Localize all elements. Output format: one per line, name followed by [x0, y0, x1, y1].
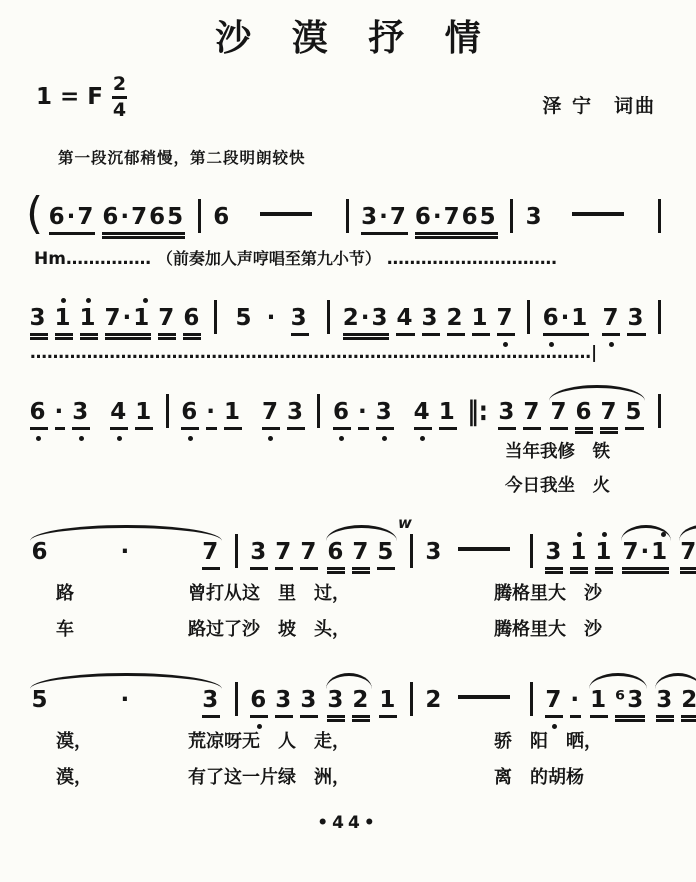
slur-group: 7675: [547, 401, 647, 430]
note: 1: [80, 307, 98, 336]
note: 3: [291, 307, 309, 336]
lyric-line: 今日我坐 火: [505, 469, 696, 503]
lyric-text: 路过了沙 坡 头，: [188, 615, 350, 641]
tempo-note: 第一段沉郁稍慢，第二段明朗较快: [58, 146, 696, 168]
note: 5: [625, 401, 643, 430]
note: ·: [358, 401, 369, 430]
note: 3: [202, 689, 220, 718]
lyrics-block-2: 路 曾打从这 里 过， 腾格里大 沙 车 路过了沙 坡 头， 腾格里大 沙: [0, 579, 696, 651]
hum-annotation: （前奏加人声哼唱至第九小节）: [157, 249, 381, 268]
credit: 泽 宁 词曲: [542, 91, 656, 118]
lyric-text: 腾格里大 沙: [494, 579, 602, 605]
barline: [214, 300, 217, 334]
note: ·: [55, 401, 66, 430]
barline: [530, 682, 533, 716]
note: 7: [523, 401, 541, 430]
hum-trail-dots: …………………………: [387, 249, 557, 269]
note: 2: [425, 689, 443, 712]
note: 3: [627, 307, 645, 336]
note: 2: [352, 689, 370, 718]
hum-prefix: Hm: [34, 249, 66, 269]
note: 6: [250, 689, 268, 718]
note: 1: [590, 689, 608, 718]
note: 6: [181, 401, 199, 430]
note: 2·3: [343, 307, 390, 336]
note: 7: [545, 689, 563, 718]
note: 5: [377, 541, 395, 570]
note: 3: [327, 689, 345, 718]
intro-paren: (: [26, 188, 43, 239]
score-page: 沙 漠 抒 情 1 = F 2 4 泽 宁 词曲 第一段沉郁稍慢，第二段明朗较快…: [0, 0, 696, 882]
lyric-text: 骄 阳 晒，: [494, 727, 602, 753]
key-signature-text: 1 = F: [36, 84, 103, 110]
lyric-row: 车 路过了沙 坡 头， 腾格里大 沙: [0, 615, 696, 651]
key-signature: 1 = F 2 4: [36, 75, 127, 120]
note: 6: [333, 401, 351, 430]
lyric-row: 漠， 荒凉呀无 人 走， 骄 阳 晒，: [0, 727, 696, 763]
held-note-dash: [458, 547, 510, 551]
note: 7: [158, 307, 176, 336]
note: 3: [422, 307, 440, 336]
note: 7: [602, 307, 620, 336]
note: 4: [414, 401, 432, 430]
note: 7: [202, 541, 220, 570]
note: 2: [447, 307, 465, 336]
note: 4: [110, 401, 128, 430]
note: 1: [224, 401, 242, 430]
note: 6: [213, 206, 231, 229]
hum-line: Hm…………… （前奏加人声哼唱至第九小节） …………………………: [34, 246, 696, 269]
barline: [410, 682, 413, 716]
note: 3: [545, 541, 563, 570]
note: 7: [600, 401, 618, 430]
lyric-text: 路: [56, 579, 74, 605]
repeat-sign: ‖:: [467, 397, 488, 427]
music-line-5: 5·363332127·1⁶3320: [26, 657, 670, 717]
note: 4: [396, 307, 414, 336]
note: 7: [262, 401, 280, 430]
barline: [530, 534, 533, 568]
slur-group: 7·1: [619, 541, 673, 570]
note: ·: [206, 401, 217, 430]
note: 7: [300, 541, 318, 570]
note: 1: [472, 307, 490, 336]
lyric-row: 路 曾打从这 里 过， 腾格里大 沙: [0, 579, 696, 615]
music-line-1: (6·76·76563·76·7653: [26, 174, 670, 234]
note: 7·1: [105, 307, 152, 336]
note: 7: [680, 541, 696, 570]
note: 3: [526, 206, 544, 229]
note: 6·7: [49, 206, 96, 235]
note: 5: [235, 307, 253, 330]
note: 1: [379, 689, 397, 718]
note: ·: [570, 689, 581, 718]
barline: [235, 682, 238, 716]
barline: [510, 199, 513, 233]
note: 1: [439, 401, 457, 430]
note: 3: [250, 541, 268, 570]
held-note-dash: [572, 212, 624, 216]
note: 6: [327, 541, 345, 570]
lyric-text: 曾打从这 里 过，: [188, 579, 350, 605]
note: 1: [135, 401, 153, 430]
music-line-3: 6·3416·1736·341‖:377675: [26, 369, 670, 429]
key-row: 1 = F 2 4 泽 宁 词曲: [36, 75, 656, 120]
slur-group: 6·7: [28, 541, 224, 570]
lyrics-block-1: 当年我修 铁 今日我坐 火: [0, 435, 696, 503]
hum-lead-dots: ……………: [66, 249, 151, 269]
music-line-2: 3117·1765·32·3432176·173: [26, 275, 670, 335]
note: 3: [300, 689, 318, 718]
slur-group: 1⁶3: [587, 689, 649, 718]
barline: [327, 300, 330, 334]
note: 3: [656, 689, 674, 718]
held-note-dash: [260, 212, 312, 216]
lyric-text: 车: [56, 615, 74, 641]
note: 6: [32, 541, 50, 564]
note: ⁶3: [615, 689, 645, 718]
barline: [527, 300, 530, 334]
note: 3: [30, 307, 48, 336]
lyric-text: 有了这一片绿 洲，: [188, 763, 350, 789]
barline: [658, 300, 661, 334]
note: 6·765: [415, 206, 498, 235]
music-line-4: 6·737767533117·176: [26, 509, 670, 569]
time-signature: 2 4: [112, 75, 127, 120]
lyric-text: 漠，: [56, 763, 92, 789]
lyric-text: 漠，: [56, 727, 92, 753]
note: 7: [352, 541, 370, 570]
barline: [235, 534, 238, 568]
note: 3: [376, 401, 394, 430]
note: 7·1: [622, 541, 669, 570]
lyric-text: 腾格里大 沙: [494, 615, 602, 641]
note: ·: [121, 689, 132, 712]
note: 6·765: [102, 206, 185, 235]
page-number: •44•: [0, 813, 696, 833]
barline: [346, 199, 349, 233]
note: 3: [425, 541, 443, 564]
note: 5: [32, 689, 50, 712]
note: 1: [595, 541, 613, 570]
slur-group-with-mordent-icon: 675: [324, 541, 399, 570]
note: 3: [498, 401, 516, 430]
note: 6: [575, 401, 593, 430]
lyric-text: 荒凉呀无 人 走，: [188, 727, 350, 753]
note: 7: [275, 541, 293, 570]
note: 3·7: [361, 206, 408, 235]
barline: [166, 394, 169, 428]
barline: [410, 534, 413, 568]
note: 3: [287, 401, 305, 430]
hum-continuation-dots: ………………………………………………………………………………………|: [30, 343, 696, 363]
meter-numerator: 2: [113, 75, 126, 94]
note: 3: [275, 689, 293, 718]
slur-group: 76: [677, 541, 696, 570]
slur-group: 32: [324, 689, 374, 718]
lyric-line: 当年我修 铁: [505, 435, 696, 469]
lyrics-block-3: 漠， 荒凉呀无 人 走， 骄 阳 晒， 漠， 有了这一片绿 洲， 离 的胡杨: [0, 727, 696, 799]
note: 7: [497, 307, 515, 336]
note: 1: [55, 307, 73, 336]
note: 6·1: [543, 307, 590, 336]
held-note-dash: [458, 695, 510, 699]
note: 6: [30, 401, 48, 430]
lyric-row: 漠， 有了这一片绿 洲， 离 的胡杨: [0, 763, 696, 799]
barline: [658, 394, 661, 428]
slur-group: 32: [653, 689, 696, 718]
page-title: 沙 漠 抒 情: [0, 0, 696, 61]
slur-group: 5·3: [28, 689, 224, 718]
note: 2: [681, 689, 696, 718]
note: 7: [550, 401, 568, 430]
note: 3: [72, 401, 90, 430]
note: ·: [267, 307, 278, 330]
lyric-text: 离 的胡杨: [494, 763, 584, 789]
barline: [658, 199, 661, 233]
meter-denominator: 4: [113, 101, 126, 120]
note: 1: [570, 541, 588, 570]
note: 6: [183, 307, 201, 336]
note: ·: [121, 541, 132, 564]
barline: [198, 199, 201, 233]
barline: [317, 394, 320, 428]
